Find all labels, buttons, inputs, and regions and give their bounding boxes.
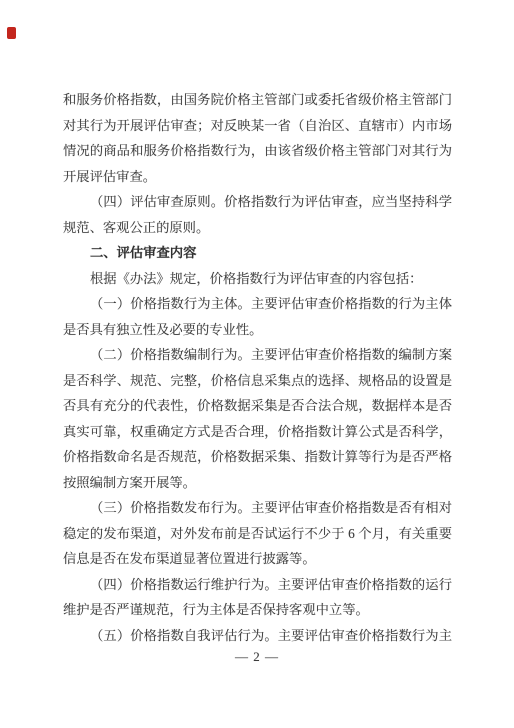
text-line: 是否科学、规范、完整，价格信息采集点的选择、规格品的设置是	[63, 368, 452, 394]
text-line: 否具有充分的代表性，价格数据采集是否合法合规，数据样本是否	[63, 393, 452, 419]
text-line: 根据《办法》规定，价格指数行为评估审查的内容包括：	[63, 266, 452, 292]
text-line: 规范、客观公正的原则。	[63, 215, 452, 241]
text-line: （二）价格指数编制行为。主要评估审查价格指数的编制方案	[63, 342, 452, 368]
text-line: 情况的商品和服务价格指数行为，由该省级价格主管部门对其行为	[63, 138, 452, 164]
text-line: （五）价格指数自我评估行为。主要评估审查价格指数行为主	[63, 623, 452, 649]
text-line: （四）价格指数运行维护行为。主要评估审查价格指数的运行	[63, 572, 452, 598]
text-line: 稳定的发布渠道，对外发布前是否试运行不少于 6 个月，有关重要	[63, 521, 452, 547]
document-page: 和服务价格指数，由国务院价格主管部门或委托省级价格主管部门对其行为开展评估审查；…	[0, 0, 514, 728]
text-line: 价格指数命名是否规范，价格数据采集、指数计算等行为是否严格	[63, 444, 452, 470]
text-line: （三）价格指数发布行为。主要评估审查价格指数是否有相对	[63, 495, 452, 521]
text-line: 对其行为开展评估审查；对反映某一省（自治区、直辖市）内市场	[63, 113, 452, 139]
text-line: 开展评估审查。	[63, 164, 452, 190]
text-line: 真实可靠，权重确定方式是否合理，价格指数计算公式是否科学，	[63, 419, 452, 445]
document-text-block: 和服务价格指数，由国务院价格主管部门或委托省级价格主管部门对其行为开展评估审查；…	[63, 87, 452, 648]
page-number-label: — 2 —	[0, 649, 514, 665]
text-line: 是否具有独立性及必要的专业性。	[63, 317, 452, 343]
text-line: 按照编制方案开展等。	[63, 470, 452, 496]
text-line: 和服务价格指数，由国务院价格主管部门或委托省级价格主管部门	[63, 87, 452, 113]
red-marker-dot	[7, 27, 16, 39]
text-line: （一）价格指数行为主体。主要评估审查价格指数的行为主体	[63, 291, 452, 317]
text-line: 信息是否在发布渠道显著位置进行披露等。	[63, 546, 452, 572]
text-line: （四）评估审查原则。价格指数行为评估审查，应当坚持科学	[63, 189, 452, 215]
text-line: 二、评估审查内容	[63, 240, 452, 266]
text-line: 维护是否严谨规范，行为主体是否保持客观中立等。	[63, 597, 452, 623]
